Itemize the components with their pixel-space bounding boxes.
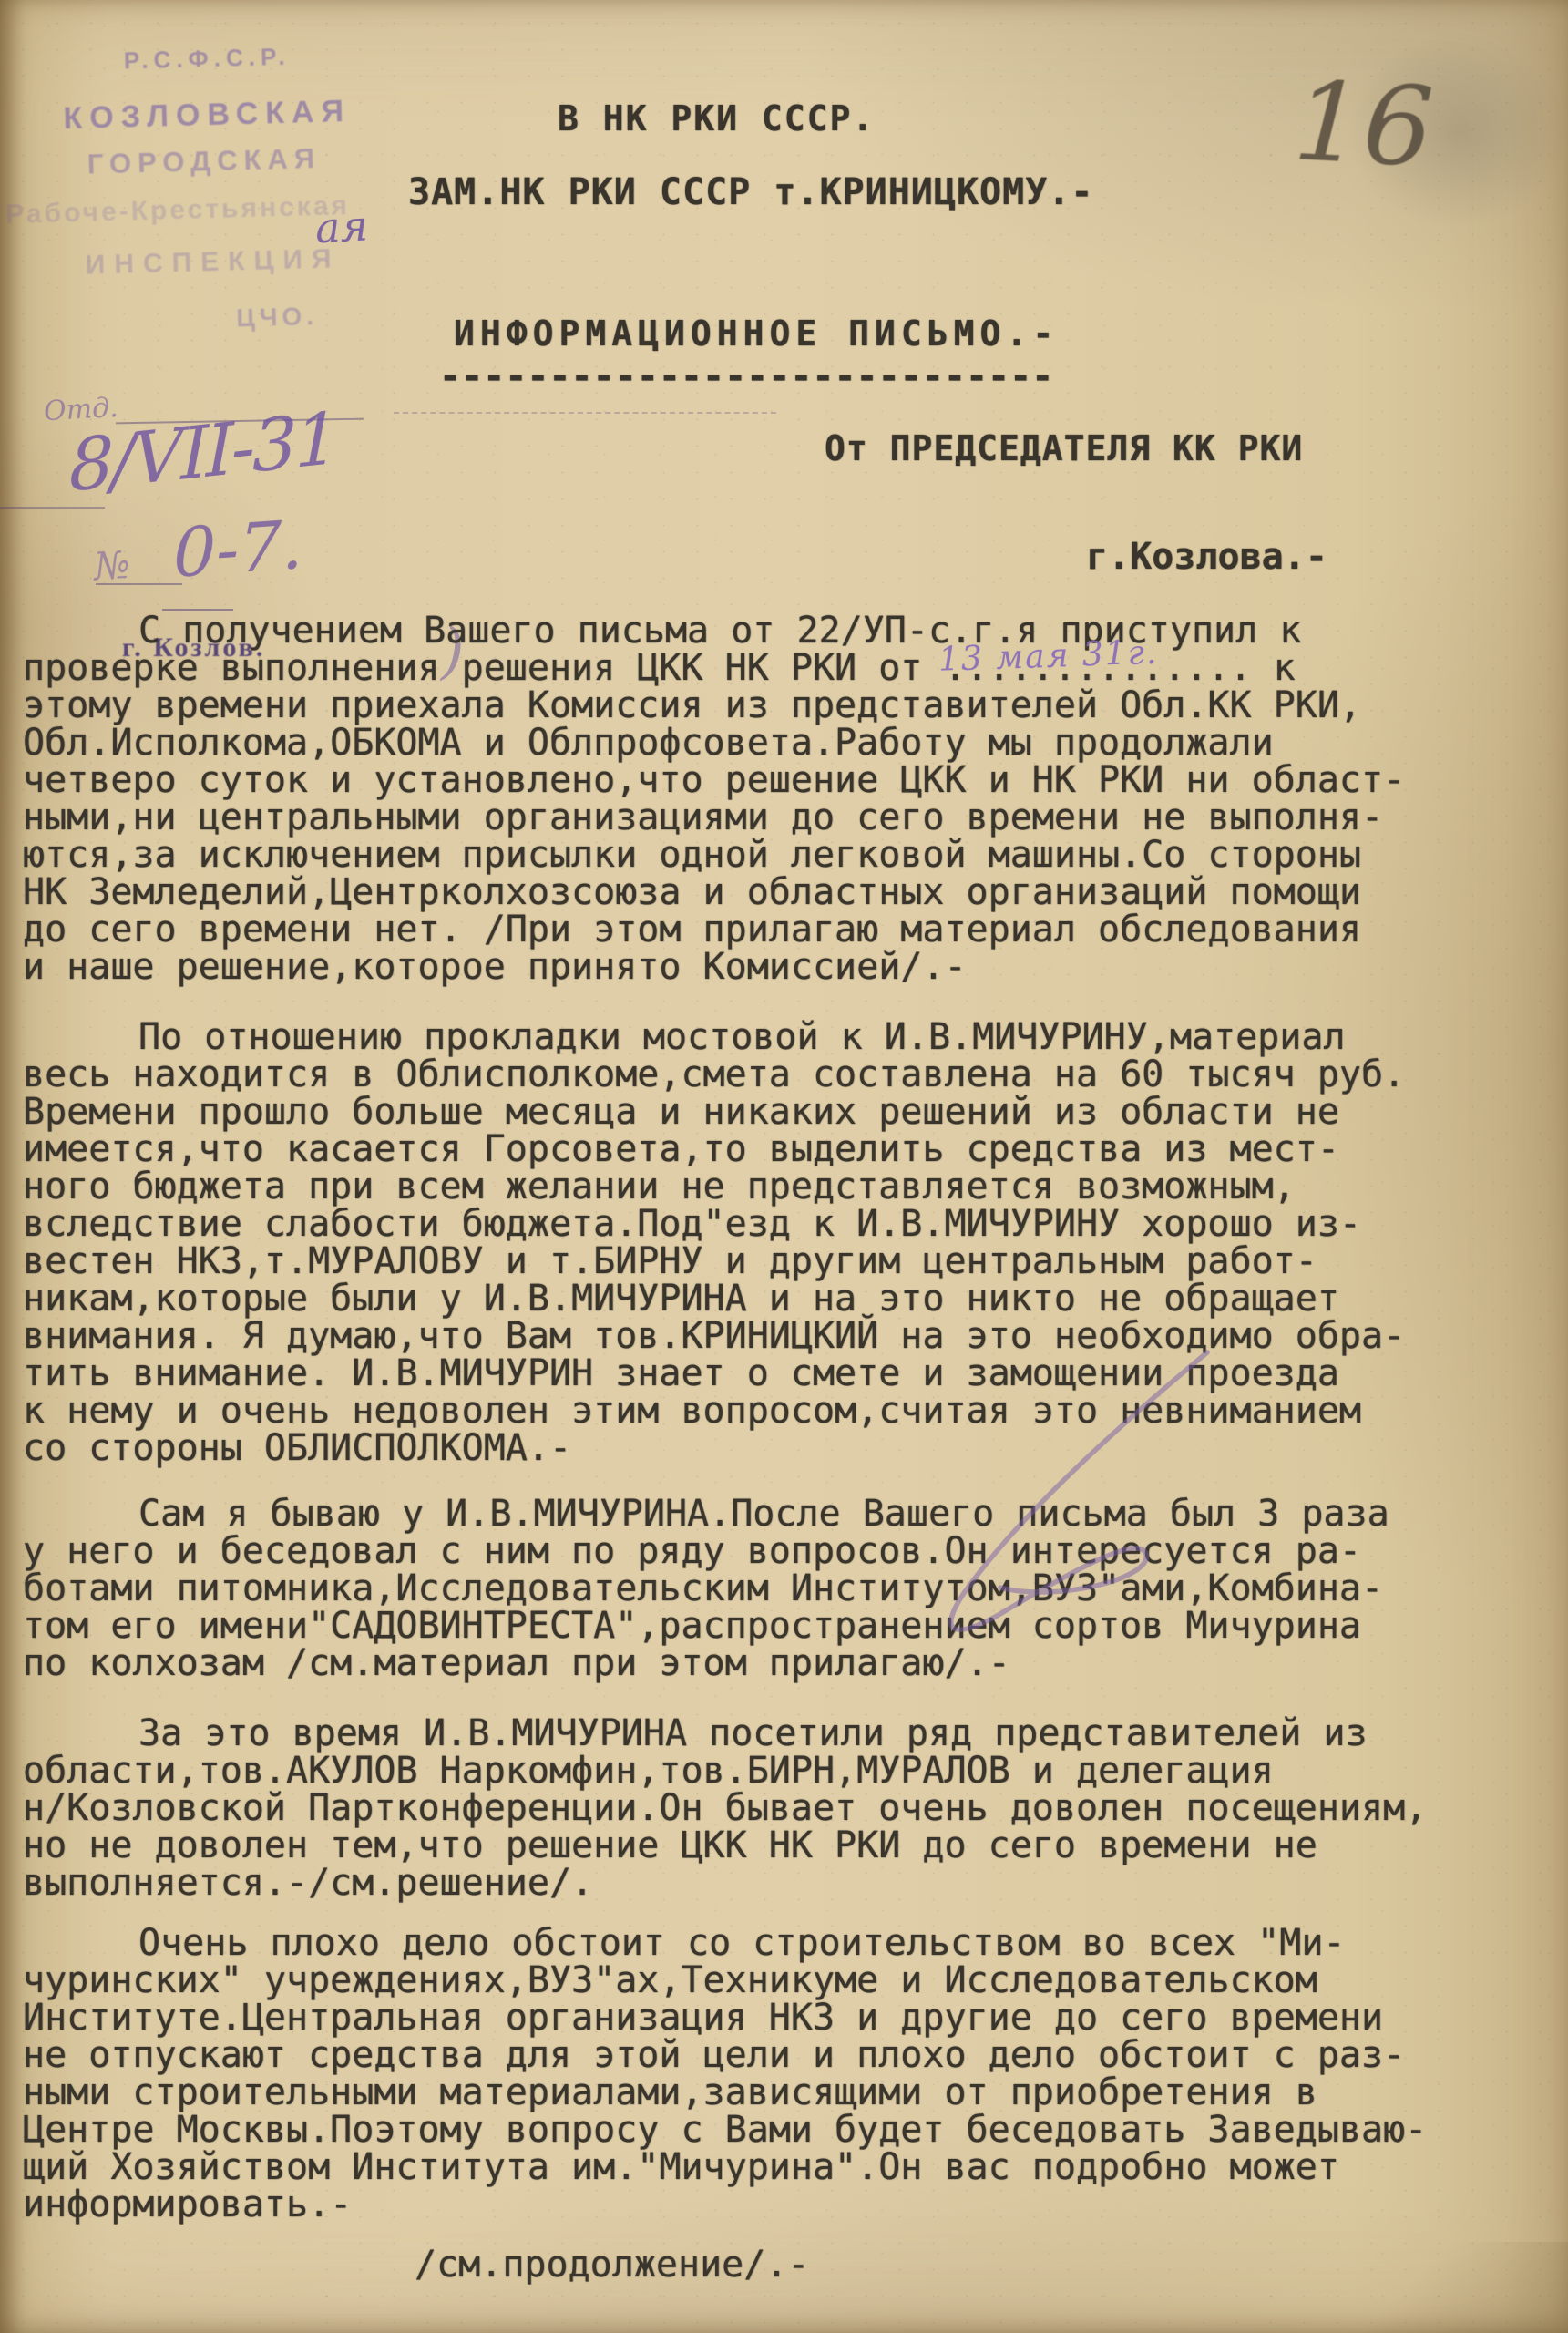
handwritten-number: 0-7. <box>173 506 302 593</box>
stamp-line-rsfsr: Р.С.Ф.С.Р. <box>123 43 291 76</box>
document-title: ИНФОРМАЦИОННОЕ ПИСЬМО.- <box>454 313 1059 354</box>
stamp-line-gorodskaya: ГОРОДСКАЯ <box>87 142 321 181</box>
handwritten-inline-date: 13 мая 31г. <box>938 634 1159 679</box>
stamp-line-ccho: ЦЧО. <box>236 302 318 333</box>
scanned-letter-page: Р.С.Ф.С.Р. КОЗЛОВСКАЯ ГОРОДСКАЯ Рабоче-К… <box>0 0 1568 2333</box>
paper-corner-shadow <box>1167 2242 1568 2333</box>
pencil-page-number: 16 <box>1290 58 1436 192</box>
handwritten-suffix: ая <box>314 201 370 253</box>
paragraph-2: По отношению прокладки мостовой к И.В.МИ… <box>23 1019 1540 1467</box>
sender-line-2: г.Козлова.- <box>1086 536 1327 578</box>
sender-line-1: От ПРЕДСЕДАТЕЛЯ КК РКИ <box>825 428 1303 468</box>
stamp-line-kozlovskaya: КОЗЛОВСКАЯ <box>63 94 351 137</box>
closing-note: /см.продолжение/.- <box>415 2244 809 2286</box>
stamp-line-inspekciya: ИНСПЕКЦИЯ <box>85 243 341 281</box>
form-rule-line <box>394 412 776 414</box>
paragraph-4: За это время И.В.МИЧУРИНА посетили ряд п… <box>23 1715 1540 1902</box>
recipient-line-2: ЗАМ.НК РКИ СССР т.КРИНИЦКОМУ.- <box>408 171 1093 213</box>
recipient-line-1: В НК РКИ СССР. <box>558 98 875 139</box>
title-underline: ---------------------------- <box>439 355 1053 397</box>
paragraph-3: Сам я бываю у И.В.МИЧУРИНА.После Вашего … <box>23 1495 1540 1682</box>
form-rule-line <box>0 507 105 509</box>
paragraph-1: С получением Вашего письма от 22/УП-с.г.… <box>23 612 1540 986</box>
number-sign: № <box>92 542 131 590</box>
paragraph-5: Очень плохо дело обстоит со строительств… <box>23 1925 1540 2224</box>
stamp-line-rki: Рабоче-Крестьянская <box>5 190 351 231</box>
